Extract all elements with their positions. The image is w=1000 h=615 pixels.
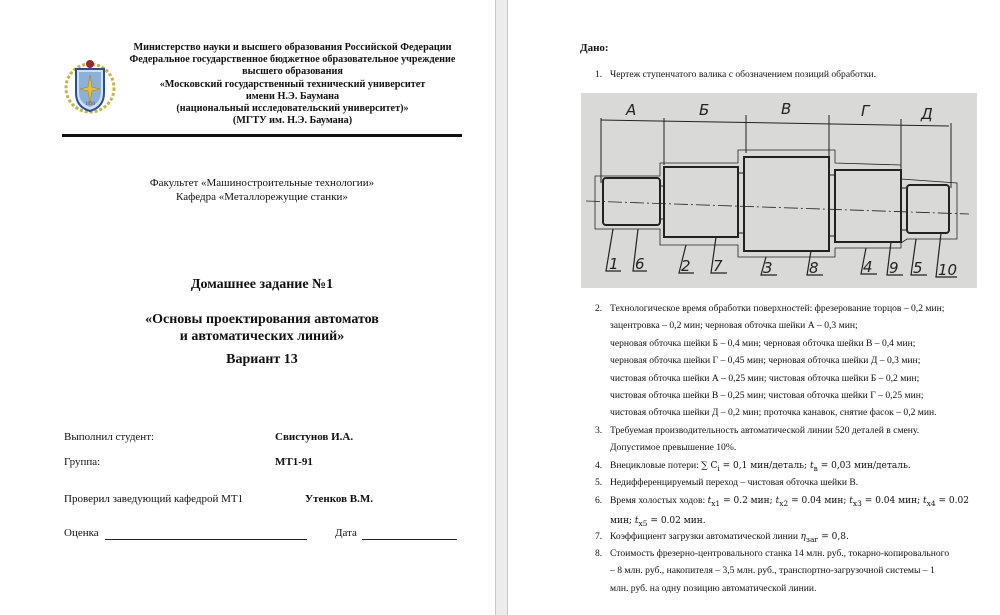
position-number: 4	[863, 258, 873, 276]
item-text: Чертеж ступенчатого валика с обозначение…	[610, 66, 978, 83]
section-label: А	[625, 101, 636, 119]
item-line: черновая обточка шейки Г – 0,45 мин; чер…	[610, 352, 978, 369]
position-number: 1	[609, 255, 619, 273]
checker-label: Проверил заведующий кафедрой МТ1	[64, 493, 243, 505]
student-name: Свистунов И.А.	[275, 431, 353, 443]
header-divider	[62, 134, 462, 137]
item-text: Недифференцируемый переход – чистовая об…	[610, 474, 978, 491]
item-number: 6.	[595, 492, 602, 509]
item-line: Требуемая производительность автоматичес…	[610, 422, 978, 439]
position-number: 7	[713, 257, 723, 275]
item-number: 7.	[595, 528, 602, 545]
item-line: чистовая обточка шейки А – 0,25 мин; чис…	[610, 370, 978, 387]
header-line: (национальный исследовательский универси…	[120, 103, 465, 115]
variant-number: Вариант 13	[62, 352, 462, 368]
svg-text:1830: 1830	[85, 102, 96, 107]
section-label: Б	[699, 101, 709, 119]
section-label: Г	[861, 102, 871, 120]
header-line: Министерство науки и высшего образования…	[120, 42, 465, 54]
item-line: черновая обточка шейки Б – 0,4 мин; черн…	[610, 335, 978, 352]
item-line: чистовая обточка шейки Д – 0,2 мин; прот…	[610, 404, 978, 421]
date-label: Дата	[335, 527, 357, 539]
sum-formula: ∑ Ci = 0,1 мин/деталь; tв = 0,03 мин/дет…	[701, 461, 911, 471]
grade-field[interactable]	[105, 527, 307, 540]
header-line: «Московский государственный технический …	[120, 79, 465, 91]
item-line: чистовая обточка шейки В – 0,25 мин; чис…	[610, 387, 978, 404]
item-prefix: Время холостых ходов:	[610, 495, 708, 506]
grade-label: Оценка	[64, 527, 99, 539]
item-line: Стоимость фрезерно-центровального станка…	[610, 545, 990, 562]
idle-time-2: tx2 = 0.04 мин;	[776, 496, 850, 506]
position-number: 9	[889, 259, 899, 277]
position-number: 5	[913, 259, 923, 277]
given-heading: Дано:	[580, 42, 609, 54]
item-text: Время холостых ходов: tx1 = 0.2 мин; tx2…	[610, 492, 978, 532]
item-text: Технологическое время обработки поверхно…	[610, 300, 978, 422]
header-line: высшего образования	[120, 66, 465, 78]
date-field[interactable]	[362, 527, 457, 540]
item-line: млн. руб. на одну позицию автоматической…	[610, 580, 990, 597]
item-line: Допустимое превышение 10%.	[610, 439, 978, 456]
item-number: 5.	[595, 474, 602, 491]
idle-time-1: tx1 = 0.2 мин;	[708, 496, 776, 506]
item-line: Технологическое время обработки поверхно…	[610, 300, 978, 317]
item-line: зацентровка – 0,2 мин; черновая обточка …	[610, 317, 978, 334]
page-gutter	[495, 0, 508, 615]
group-value: МТ1-91	[275, 456, 313, 468]
idle-time-5: tx5 = 0.02 мин.	[635, 516, 706, 526]
position-number: 2	[681, 257, 691, 275]
shaft-diagram: АБВГД16273849510	[581, 93, 977, 288]
title-page: 1830 Министерство науки и высшего образо…	[0, 0, 495, 615]
item-prefix: Коэффициент загрузки автоматической лини…	[610, 531, 800, 542]
idle-time-3: tx3 = 0.04 мин;	[849, 496, 923, 506]
item-number: 2.	[595, 300, 602, 317]
faculty-block: Факультет «Машиностроительные технологии…	[62, 176, 462, 204]
course-title-line: «Основы проектирования автоматов	[62, 311, 462, 328]
item-number: 3.	[595, 422, 602, 439]
item-number: 4.	[595, 457, 602, 474]
header-line: (МГТУ им. Н.Э. Баумана)	[120, 115, 465, 127]
item-number: 8.	[595, 545, 602, 562]
position-number: 8	[809, 259, 819, 277]
position-number: 6	[635, 255, 645, 273]
homework-title: Домашнее задание №1	[62, 277, 462, 293]
position-number: 3	[763, 259, 773, 277]
item-line: – 8 млн. руб., накопителя – 3,5 млн. руб…	[610, 562, 990, 579]
department-name: Кафедра «Металлорежущие станки»	[62, 190, 462, 204]
position-number: 10	[938, 261, 957, 279]
item-text: Стоимость фрезерно-центровального станка…	[610, 545, 990, 597]
checker-name: Утенков В.М.	[305, 493, 373, 505]
item-text: Требуемая производительность автоматичес…	[610, 422, 978, 457]
item-prefix: Внецикловые потери:	[610, 460, 701, 471]
section-label: В	[781, 100, 791, 118]
ministry-header: Министерство науки и высшего образования…	[120, 42, 465, 127]
course-title-line: и автоматических линий»	[62, 328, 462, 345]
header-line: имени Н.Э. Баумана	[120, 91, 465, 103]
university-crest-icon: 1830	[64, 55, 116, 115]
stepped-shaft-drawing: АБВГД16273849510	[581, 93, 977, 288]
load-coefficient: ηзаг = 0,8.	[800, 532, 848, 542]
faculty-name: Факультет «Машиностроительные технологии…	[62, 176, 462, 190]
group-label: Группа:	[64, 456, 100, 468]
course-title: «Основы проектирования автоматов и автом…	[62, 311, 462, 345]
item-number: 1.	[595, 66, 602, 83]
section-label: Д	[920, 105, 933, 123]
student-label: Выполнил студент:	[64, 431, 154, 443]
header-line: Федеральное государственное бюджетное об…	[120, 54, 465, 66]
